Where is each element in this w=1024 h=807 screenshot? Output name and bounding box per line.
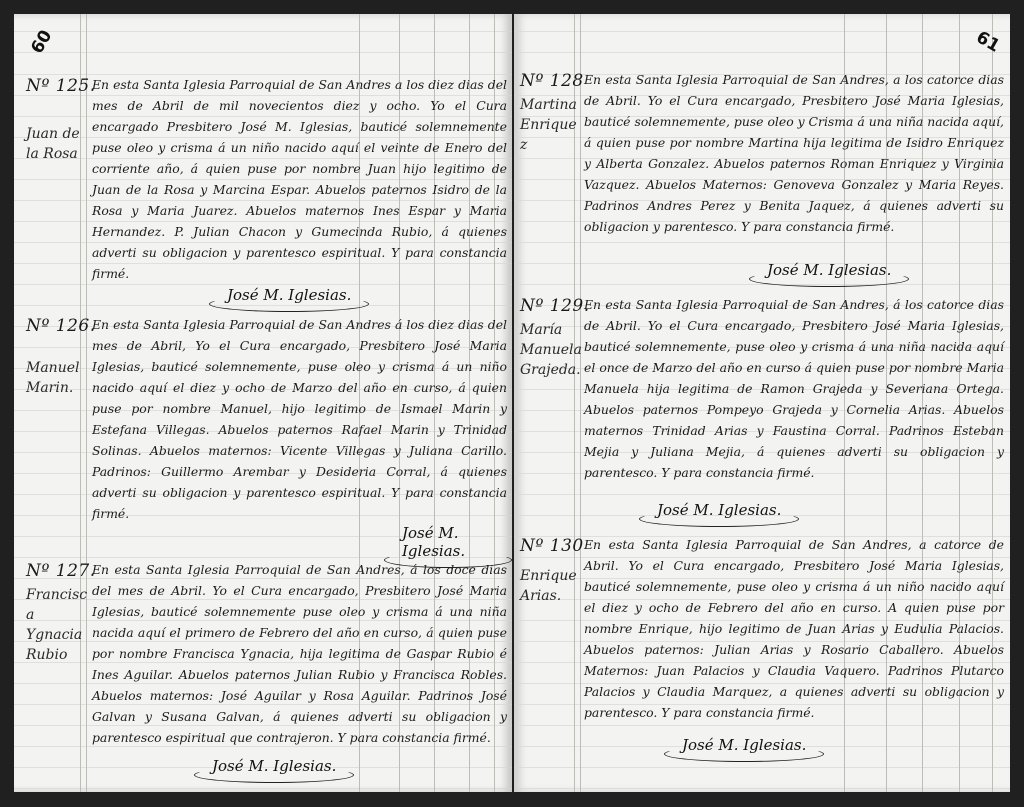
entry-text: En esta Santa Iglesia Parroquial de San … <box>584 69 1004 237</box>
entry-number: Nº 127. <box>26 561 96 581</box>
baptized-name: Martina Enriquez <box>520 95 582 155</box>
baptized-name: Enrique Arias. <box>520 566 582 606</box>
priest-signature: José M. Iglesias. <box>749 259 909 287</box>
baptized-name: Francisca Ygnacia Rubio <box>26 585 88 665</box>
right-page: 61 Nº 128 Martina Enriquez En esta Santa… <box>514 14 1010 792</box>
entry-number: Nº 129. <box>520 296 590 316</box>
baptized-name: Juan de la Rosa <box>26 124 88 164</box>
baptized-name: María Manuela Grajeda. <box>520 320 582 380</box>
entry-number: Nº 126. <box>26 316 96 336</box>
entry-text: En esta Santa Iglesia Parroquial de San … <box>584 294 1004 483</box>
entry-text: En esta Santa Iglesia Parroquial de San … <box>92 314 507 524</box>
baptized-name: Manuel Marin. <box>26 358 88 398</box>
entry-text: En esta Santa Iglesia Parroquial de San … <box>584 534 1004 723</box>
priest-signature: José M. Iglesias. <box>639 499 799 527</box>
entry-number: Nº 125. <box>26 76 96 96</box>
priest-signature: José M. Iglesias. <box>209 284 369 312</box>
priest-signature: José M. Iglesias. <box>664 734 824 762</box>
entry-number: Nº 130 <box>520 536 584 556</box>
entry-text: En esta Santa Iglesia Parroquial de San … <box>92 74 507 284</box>
priest-signature: José M. Iglesias. <box>194 755 354 783</box>
left-page: 60 Nº 125. Juan de la Rosa En esta Santa… <box>14 14 512 792</box>
entry-number: Nº 128 <box>520 71 584 91</box>
open-register-book: 60 Nº 125. Juan de la Rosa En esta Santa… <box>0 0 1024 807</box>
entry-text: En esta Santa Iglesia Parroquial de San … <box>92 559 507 748</box>
